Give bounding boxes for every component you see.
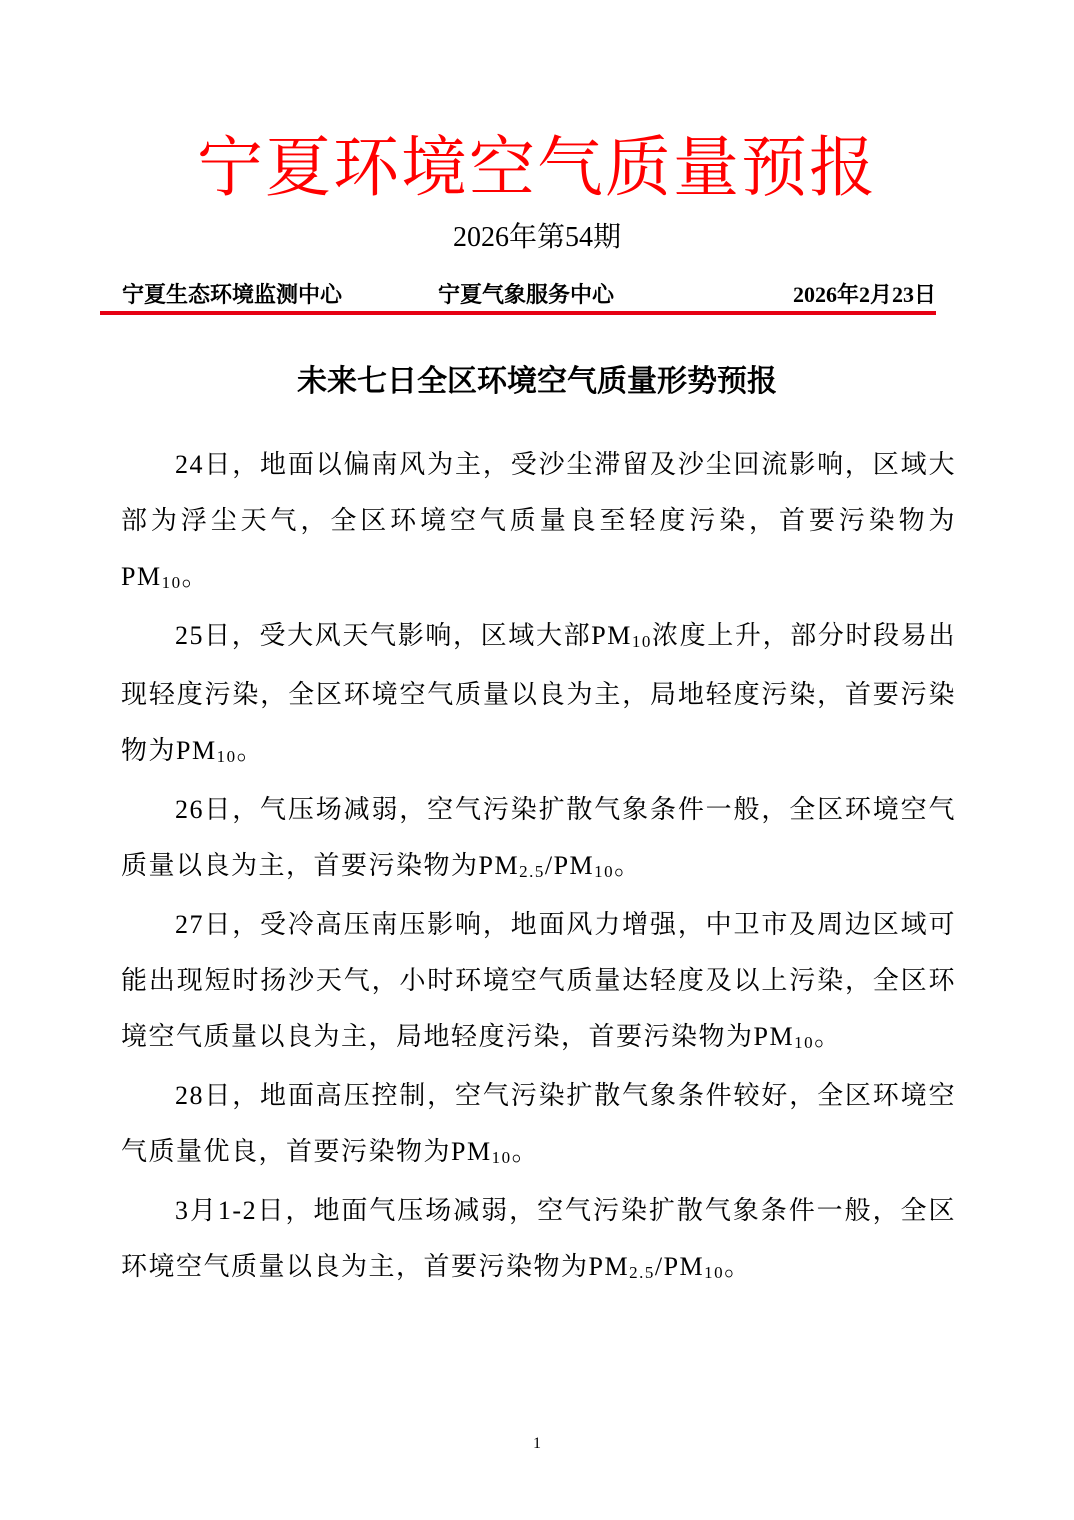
red-divider-rule bbox=[100, 311, 936, 315]
issue-date: 2026年2月23日 bbox=[793, 278, 936, 312]
section-heading: 未来七日全区环境空气质量形势预报 bbox=[0, 360, 1074, 404]
forecast-paragraph: 25日，受大风天气影响，区域大部PM10浓度上升，部分时段易出现轻度污染，全区环… bbox=[121, 608, 956, 782]
subscript: 10 bbox=[217, 747, 237, 766]
subscript: 2.5 bbox=[519, 862, 545, 881]
forecast-body: 24日，地面以偏南风为主，受沙尘滞留及沙尘回流影响，区域大部为浮尘天气，全区环境… bbox=[121, 437, 956, 1298]
subscript: 10 bbox=[162, 573, 182, 592]
subscript: 10 bbox=[492, 1148, 512, 1167]
forecast-paragraph: 27日，受冷高压南压影响，地面风力增强，中卫市及周边区域可能出现短时扬沙天气，小… bbox=[121, 897, 956, 1068]
subscript: 10 bbox=[632, 632, 652, 651]
subscript: 2.5 bbox=[629, 1263, 655, 1282]
subscript: 10 bbox=[794, 1033, 814, 1052]
forecast-paragraph: 26日，气压场减弱，空气污染扩散气象条件一般，全区环境空气质量以良为主，首要污染… bbox=[121, 782, 956, 897]
masthead-title: 宁夏环境空气质量预报 bbox=[0, 128, 1074, 208]
forecast-paragraph: 24日，地面以偏南风为主，受沙尘滞留及沙尘回流影响，区域大部为浮尘天气，全区环境… bbox=[121, 437, 956, 608]
issuer-meteorological-center: 宁夏气象服务中心 bbox=[438, 278, 614, 312]
subscript: 10 bbox=[704, 1263, 724, 1282]
forecast-paragraph: 28日，地面高压控制，空气污染扩散气象条件较好，全区环境空气质量优良，首要污染物… bbox=[121, 1068, 956, 1183]
issue-number: 2026年第54期 bbox=[0, 220, 1074, 256]
forecast-paragraph: 3月1-2日，地面气压场减弱，空气污染扩散气象条件一般，全区环境空气质量以良为主… bbox=[121, 1183, 956, 1298]
issuer-row: 宁夏生态环境监测中心 宁夏气象服务中心 2026年2月23日 bbox=[122, 278, 936, 312]
subscript: 10 bbox=[594, 862, 614, 881]
page-number: 1 bbox=[0, 1434, 1074, 1454]
issuer-monitoring-center: 宁夏生态环境监测中心 bbox=[122, 278, 342, 312]
